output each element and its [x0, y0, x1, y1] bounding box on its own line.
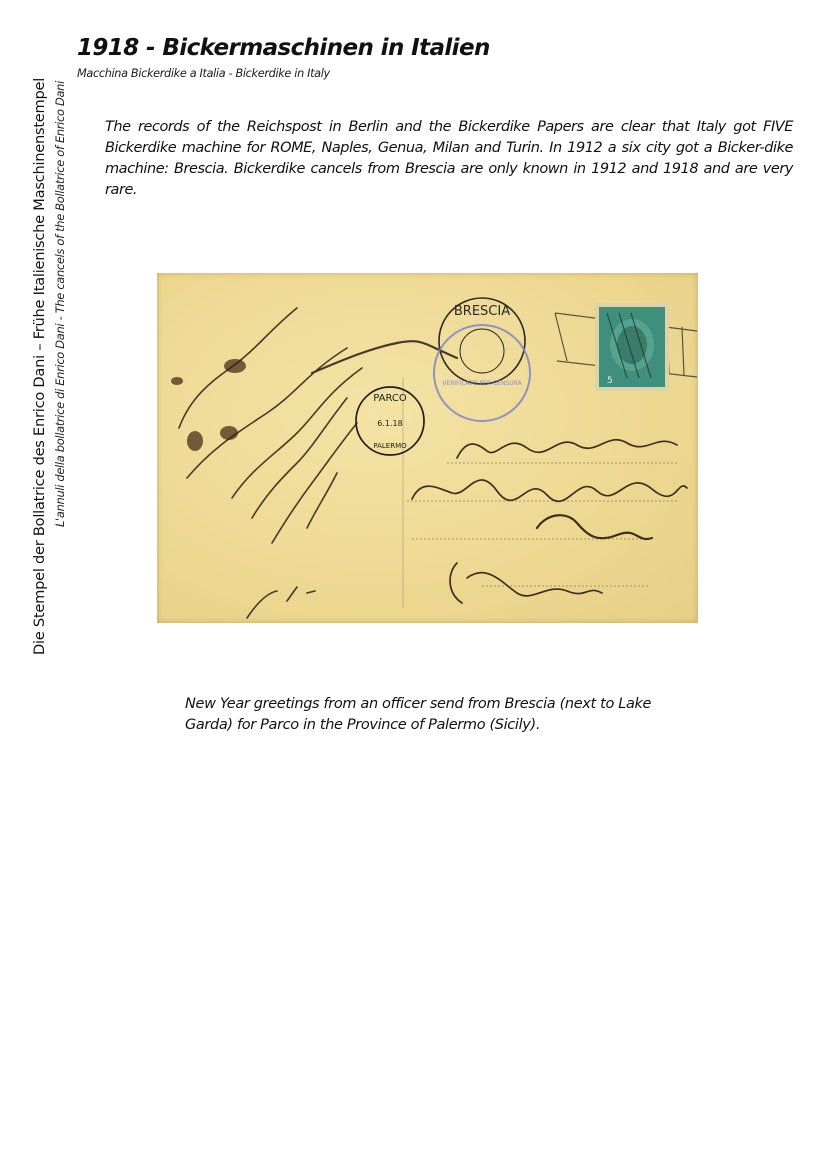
postcard-image: BRESCIA VERIFICATO PER CENSURA 5	[157, 273, 698, 623]
intro-paragraph: The records of the Reichspost in Berlin …	[105, 117, 793, 201]
parco-postmark-text: PARCO	[373, 393, 407, 404]
series-title-vertical: Die Stempel der Bollatrice des Enrico Da…	[31, 78, 48, 655]
stamp-value: 5	[607, 376, 613, 386]
page-subtitle: Macchina Bickerdike a Italia - Bickerdik…	[77, 67, 330, 80]
parco-postmark-date: 6.1.18	[377, 419, 402, 428]
sidebar: Die Stempel der Bollatrice des Enrico Da…	[0, 0, 70, 1169]
censor-text: VERIFICATO PER CENSURA	[442, 380, 522, 387]
image-caption: New Year greetings from an officer send …	[185, 694, 665, 735]
series-subtitle-vertical: L'annuli della bollatrice di Enrico Dani…	[53, 81, 67, 527]
page-title: 1918 - Bickermaschinen in Italien	[77, 35, 490, 61]
parco-postmark-bottom: PALERMO	[373, 442, 407, 450]
brescia-postmark-text: BRESCIA	[454, 304, 510, 319]
